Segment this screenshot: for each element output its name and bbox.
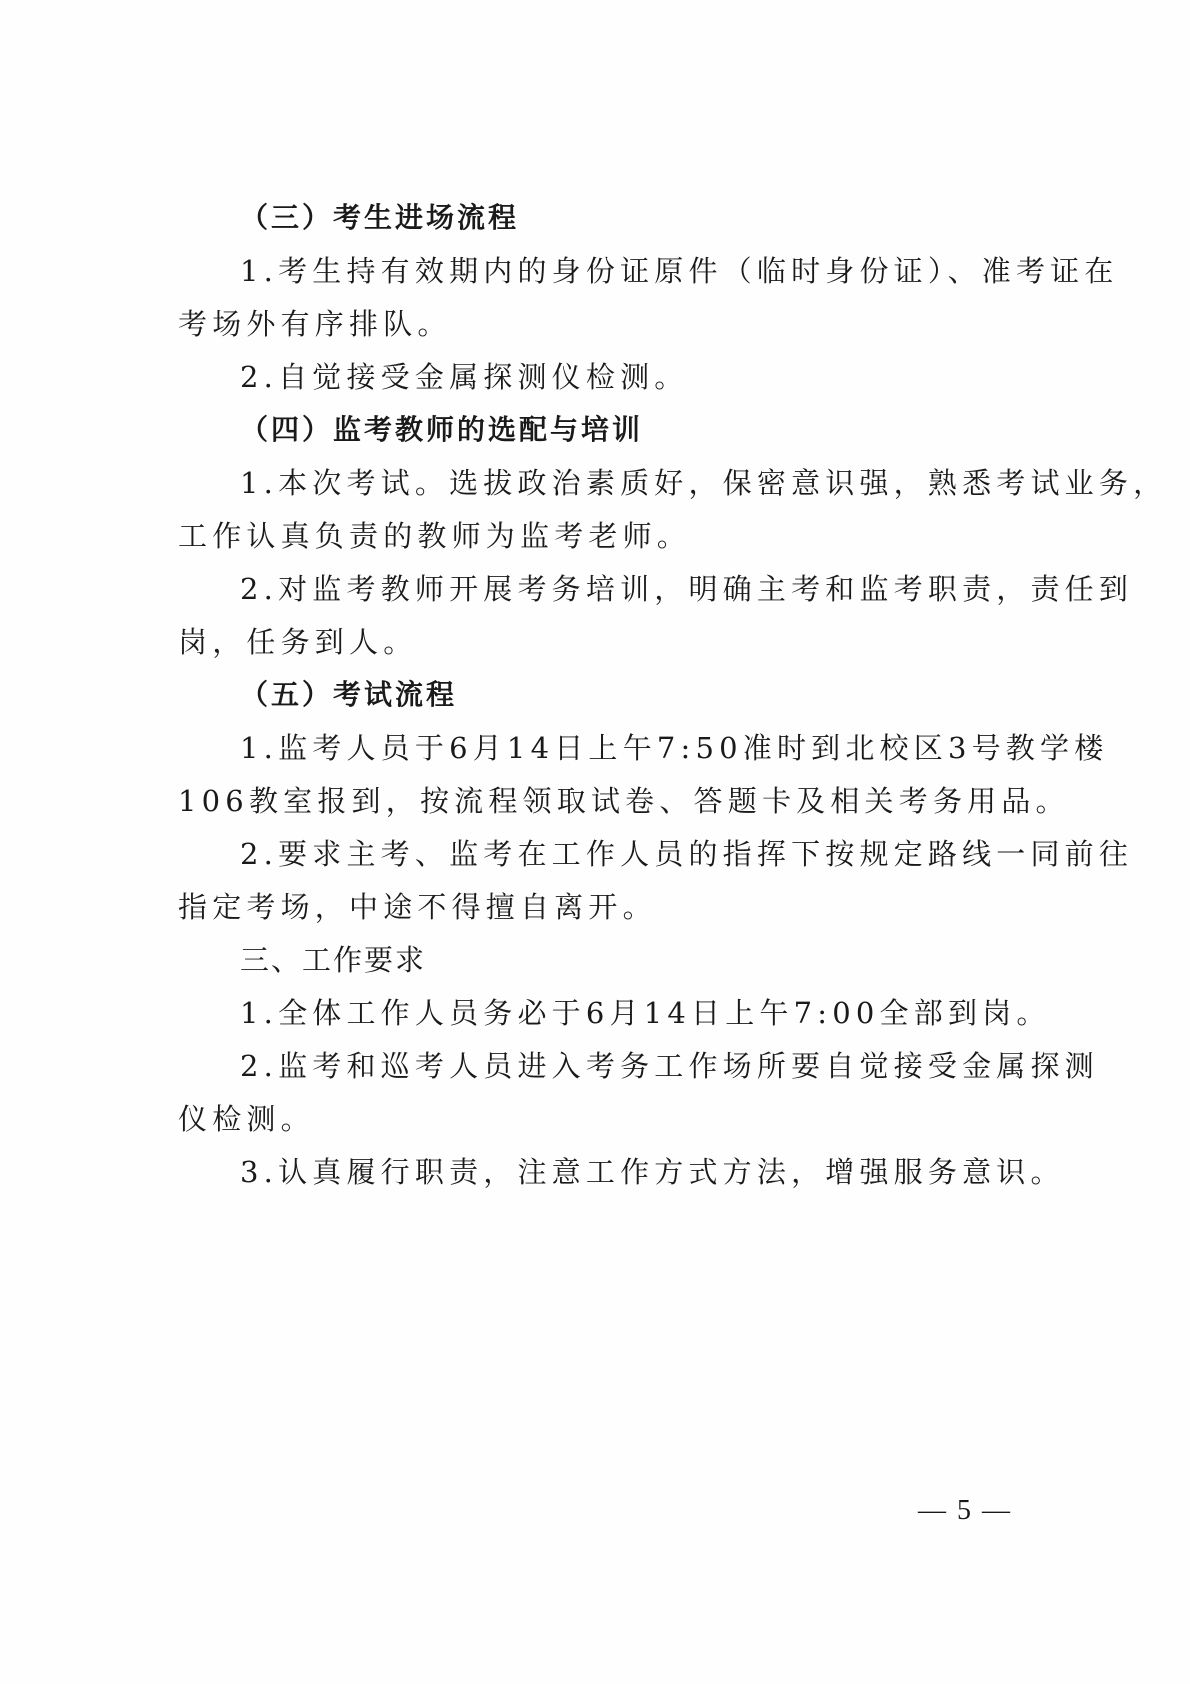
paragraph-line: 1.全体工作人员务必于6月14日上午7:00全部到岗。 bbox=[240, 995, 1051, 1031]
paragraph-line: 1.监考人员于6月14日上午7:50准时到北校区3号教学楼 bbox=[240, 730, 1108, 766]
paragraph-line: 指定考场，中途不得擅自离开。 bbox=[178, 889, 657, 925]
page-number: — 5 — bbox=[918, 1495, 1012, 1527]
paragraph-line: 2.监考和巡考人员进入考务工作场所要自觉接受金属探测 bbox=[240, 1048, 1099, 1084]
paragraph-line: 仪检测。 bbox=[178, 1101, 315, 1137]
paragraph-line: 1.本次考试。选拔政治素质好，保密意识强，熟悉考试业务， bbox=[240, 465, 1167, 501]
paragraph-line: 考场外有序排队。 bbox=[178, 306, 452, 342]
section-heading-work-requirements: 三、工作要求 bbox=[240, 942, 426, 978]
paragraph-line: 2.要求主考、监考在工作人员的指挥下按规定路线一同前往 bbox=[240, 836, 1133, 872]
subheading-exam-entry-process: （三）考生进场流程 bbox=[240, 200, 519, 236]
paragraph-line: 1.考生持有效期内的身份证原件（临时身份证）、准考证在 bbox=[240, 253, 1119, 289]
paragraph-line: 3.认真履行职责，注意工作方式方法，增强服务意识。 bbox=[240, 1154, 1065, 1190]
document-page: （三）考生进场流程 1.考生持有效期内的身份证原件（临时身份证）、准考证在 考场… bbox=[0, 0, 1190, 1684]
paragraph-line: 工作认真负责的教师为监考老师。 bbox=[178, 518, 691, 554]
paragraph-line: 岗，任务到人。 bbox=[178, 624, 417, 660]
paragraph-line: 2.自觉接受金属探测仪检测。 bbox=[240, 359, 688, 395]
paragraph-line: 106教室报到，按流程领取试卷、答题卡及相关考务用品。 bbox=[178, 783, 1070, 819]
paragraph-line: 2.对监考教师开展考务培训，明确主考和监考职责，责任到 bbox=[240, 571, 1133, 607]
subheading-exam-process: （五）考试流程 bbox=[240, 677, 457, 713]
subheading-invigilator-selection: （四）监考教师的选配与培训 bbox=[240, 412, 643, 448]
